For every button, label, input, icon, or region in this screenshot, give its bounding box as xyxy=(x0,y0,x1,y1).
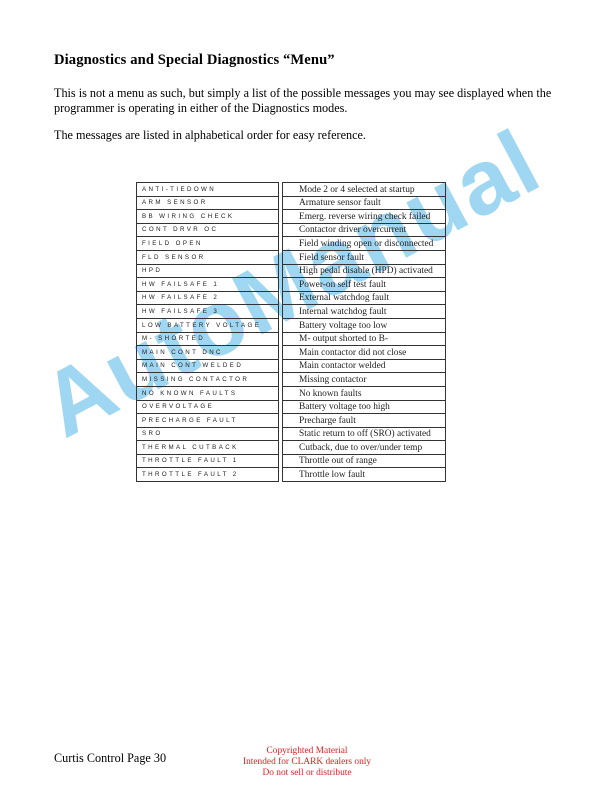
fault-code: CONT DRVR OC xyxy=(137,223,279,237)
copyright-line: Intended for CLARK dealers only xyxy=(222,757,392,768)
fault-code: HW FAILSAFE 1 xyxy=(137,278,279,292)
fault-code: ANTI-TIEDOWN xyxy=(137,183,279,197)
copyright-line: Copyrighted Material xyxy=(222,746,392,757)
fault-description: Throttle low fault xyxy=(283,468,446,482)
table-row: HW FAILSAFE 1Power-on self test fault xyxy=(137,278,446,292)
fault-code: PRECHARGE FAULT xyxy=(137,414,279,428)
fault-description: No known faults xyxy=(283,386,446,400)
fault-description: Mode 2 or 4 selected at startup xyxy=(283,183,446,197)
fault-description: Missing contactor xyxy=(283,373,446,387)
fault-code: THROTTLE FAULT 2 xyxy=(137,468,279,482)
copyright-line: Do not sell or distribute xyxy=(222,768,392,779)
fault-code: FLD SENSOR xyxy=(137,250,279,264)
fault-code: HW FAILSAFE 3 xyxy=(137,305,279,319)
table-row: MAIN CONT DNCMain contactor did not clos… xyxy=(137,346,446,360)
fault-code: SRO xyxy=(137,427,279,441)
fault-description: Cutback, due to over/under temp xyxy=(283,441,446,455)
fault-description: High pedal disable (HPD) activated xyxy=(283,264,446,278)
fault-code: HPD xyxy=(137,264,279,278)
table-row: SROStatic return to off (SRO) activated xyxy=(137,427,446,441)
table-row: THERMAL CUTBACKCutback, due to over/unde… xyxy=(137,441,446,455)
fault-code: BB WIRING CHECK xyxy=(137,210,279,224)
fault-code: MAIN CONT DNC xyxy=(137,346,279,360)
fault-description: Main contactor did not close xyxy=(283,346,446,360)
fault-description: Field sensor fault xyxy=(283,250,446,264)
fault-description: Static return to off (SRO) activated xyxy=(283,427,446,441)
table-row: BB WIRING CHECKEmerg. reverse wiring che… xyxy=(137,210,446,224)
page-heading: Diagnostics and Special Diagnostics “Men… xyxy=(54,52,335,69)
table-row: ARM SENSORArmature sensor fault xyxy=(137,196,446,210)
table-row: NO KNOWN FAULTSNo known faults xyxy=(137,386,446,400)
table-row: HW FAILSAFE 3Internal watchdog fault xyxy=(137,305,446,319)
table-row: HW FAILSAFE 2External watchdog fault xyxy=(137,291,446,305)
fault-description: Precharge fault xyxy=(283,414,446,428)
fault-code: ARM SENSOR xyxy=(137,196,279,210)
fault-description: M- output shorted to B- xyxy=(283,332,446,346)
table-row: FIELD OPENField winding open or disconne… xyxy=(137,237,446,251)
footer-copyright: Copyrighted Material Intended for CLARK … xyxy=(222,746,392,779)
fault-code: NO KNOWN FAULTS xyxy=(137,386,279,400)
footer-page-label: Curtis Control Page 30 xyxy=(54,751,166,766)
fault-description: Main contactor welded xyxy=(283,359,446,373)
fault-code: HW FAILSAFE 2 xyxy=(137,291,279,305)
fault-code: LOW BATTERY VOLTAGE xyxy=(137,318,279,332)
table-row: OVERVOLTAGEBattery voltage too high xyxy=(137,400,446,414)
fault-description: Internal watchdog fault xyxy=(283,305,446,319)
table-row: M- SHORTEDM- output shorted to B- xyxy=(137,332,446,346)
fault-description: External watchdog fault xyxy=(283,291,446,305)
fault-code: MAIN CONT WELDED xyxy=(137,359,279,373)
table-row: FLD SENSORField sensor fault xyxy=(137,250,446,264)
fault-code: MISSING CONTACTOR xyxy=(137,373,279,387)
fault-description: Power-on self test fault xyxy=(283,278,446,292)
table-row: MAIN CONT WELDEDMain contactor welded xyxy=(137,359,446,373)
fault-description: Contactor driver overcurrent xyxy=(283,223,446,237)
fault-code: THERMAL CUTBACK xyxy=(137,441,279,455)
fault-code: THROTTLE FAULT 1 xyxy=(137,454,279,468)
intro-paragraph: This is not a menu as such, but simply a… xyxy=(54,86,574,116)
fault-code: FIELD OPEN xyxy=(137,237,279,251)
fault-code: M- SHORTED xyxy=(137,332,279,346)
fault-description: Throttle out of range xyxy=(283,454,446,468)
fault-description: Emerg. reverse wiring check failed xyxy=(283,210,446,224)
table-row: CONT DRVR OCContactor driver overcurrent xyxy=(137,223,446,237)
table-row: THROTTLE FAULT 1Throttle out of range xyxy=(137,454,446,468)
fault-description: Battery voltage too low xyxy=(283,318,446,332)
order-note: The messages are listed in alphabetical … xyxy=(54,128,366,143)
fault-code: OVERVOLTAGE xyxy=(137,400,279,414)
fault-description: Battery voltage too high xyxy=(283,400,446,414)
table-row: THROTTLE FAULT 2Throttle low fault xyxy=(137,468,446,482)
diagnostics-table: ANTI-TIEDOWNMode 2 or 4 selected at star… xyxy=(136,182,446,482)
table-row: ANTI-TIEDOWNMode 2 or 4 selected at star… xyxy=(137,183,446,197)
fault-description: Field winding open or disconnected xyxy=(283,237,446,251)
table-row: LOW BATTERY VOLTAGEBattery voltage too l… xyxy=(137,318,446,332)
table-row: PRECHARGE FAULTPrecharge fault xyxy=(137,414,446,428)
fault-description: Armature sensor fault xyxy=(283,196,446,210)
table-row: MISSING CONTACTORMissing contactor xyxy=(137,373,446,387)
table-row: HPDHigh pedal disable (HPD) activated xyxy=(137,264,446,278)
